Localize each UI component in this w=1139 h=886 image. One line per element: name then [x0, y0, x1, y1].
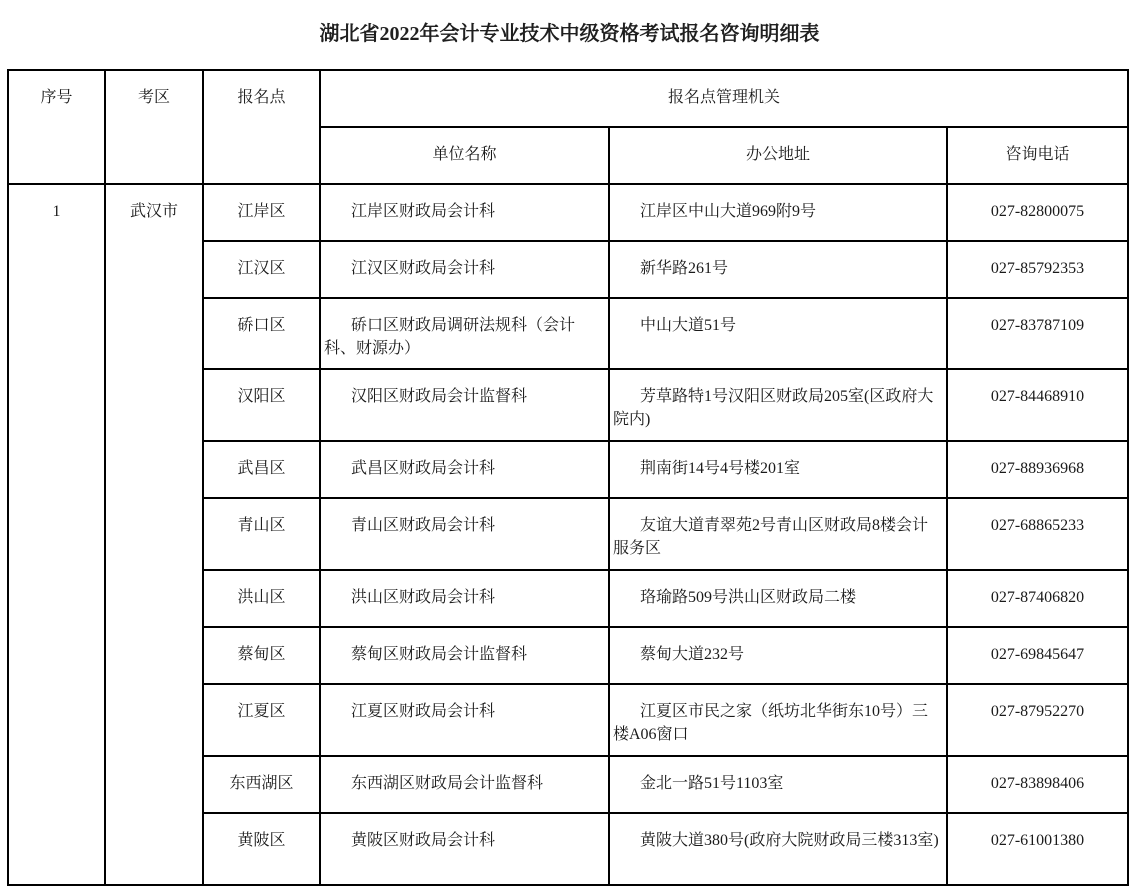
phone-cell: 027-85792353 — [947, 241, 1128, 298]
point-cell: 硚口区 — [203, 298, 320, 369]
unit-cell: 蔡甸区财政局会计监督科 — [320, 627, 609, 684]
phone-cell: 027-82800075 — [947, 184, 1128, 241]
unit-cell: 江夏区财政局会计科 — [320, 684, 609, 756]
exam-area-cell: 武汉市 — [105, 184, 203, 885]
address-cell: 黄陂大道380号(政府大院财政局三楼313室) — [609, 813, 947, 885]
address-cell: 芳草路特1号汉阳区财政局205室(区政府大院内) — [609, 369, 947, 441]
unit-cell: 硚口区财政局调研法规科（会计科、财源办） — [320, 298, 609, 369]
address-cell: 江岸区中山大道969附9号 — [609, 184, 947, 241]
header-phone: 咨询电话 — [947, 127, 1128, 184]
point-cell: 江汉区 — [203, 241, 320, 298]
unit-cell: 青山区财政局会计科 — [320, 498, 609, 570]
phone-cell: 027-83787109 — [947, 298, 1128, 369]
phone-cell: 027-61001380 — [947, 813, 1128, 885]
address-cell: 中山大道51号 — [609, 298, 947, 369]
point-cell: 黄陂区 — [203, 813, 320, 885]
phone-cell: 027-83898406 — [947, 756, 1128, 813]
point-cell: 江夏区 — [203, 684, 320, 756]
unit-cell: 东西湖区财政局会计监督科 — [320, 756, 609, 813]
point-cell: 青山区 — [203, 498, 320, 570]
header-management-agency: 报名点管理机关 — [320, 70, 1128, 127]
point-cell: 东西湖区 — [203, 756, 320, 813]
point-cell: 蔡甸区 — [203, 627, 320, 684]
page-title: 湖北省2022年会计专业技术中级资格考试报名咨询明细表 — [0, 22, 1139, 46]
unit-cell: 江岸区财政局会计科 — [320, 184, 609, 241]
unit-cell: 黄陂区财政局会计科 — [320, 813, 609, 885]
address-cell: 江夏区市民之家（纸坊北华街东10号）三楼A06窗口 — [609, 684, 947, 756]
phone-cell: 027-87406820 — [947, 570, 1128, 627]
address-cell: 金北一路51号1103室 — [609, 756, 947, 813]
header-unit-name: 单位名称 — [320, 127, 609, 184]
unit-cell: 洪山区财政局会计科 — [320, 570, 609, 627]
phone-cell: 027-68865233 — [947, 498, 1128, 570]
table-row: 1 武汉市 江岸区 江岸区财政局会计科 江岸区中山大道969附9号 027-82… — [8, 184, 1128, 241]
unit-cell: 武昌区财政局会计科 — [320, 441, 609, 498]
address-cell: 新华路261号 — [609, 241, 947, 298]
phone-cell: 027-87952270 — [947, 684, 1128, 756]
header-registration-point: 报名点 — [203, 70, 320, 184]
point-cell: 江岸区 — [203, 184, 320, 241]
unit-cell: 汉阳区财政局会计监督科 — [320, 369, 609, 441]
address-cell: 珞瑜路509号洪山区财政局二楼 — [609, 570, 947, 627]
point-cell: 洪山区 — [203, 570, 320, 627]
phone-cell: 027-69845647 — [947, 627, 1128, 684]
header-office-address: 办公地址 — [609, 127, 947, 184]
header-serial: 序号 — [8, 70, 105, 184]
registration-consultation-table: 序号 考区 报名点 报名点管理机关 单位名称 办公地址 咨询电话 1 武汉市 江… — [7, 69, 1129, 886]
address-cell: 友谊大道青翠苑2号青山区财政局8楼会计服务区 — [609, 498, 947, 570]
address-cell: 蔡甸大道232号 — [609, 627, 947, 684]
address-cell: 荆南街14号4号楼201室 — [609, 441, 947, 498]
phone-cell: 027-84468910 — [947, 369, 1128, 441]
serial-cell: 1 — [8, 184, 105, 885]
header-exam-area: 考区 — [105, 70, 203, 184]
point-cell: 武昌区 — [203, 441, 320, 498]
point-cell: 汉阳区 — [203, 369, 320, 441]
page: 湖北省2022年会计专业技术中级资格考试报名咨询明细表 序号 考区 报名点 报名… — [0, 0, 1139, 886]
header-row-top: 序号 考区 报名点 报名点管理机关 — [8, 70, 1128, 127]
unit-cell: 江汉区财政局会计科 — [320, 241, 609, 298]
phone-cell: 027-88936968 — [947, 441, 1128, 498]
